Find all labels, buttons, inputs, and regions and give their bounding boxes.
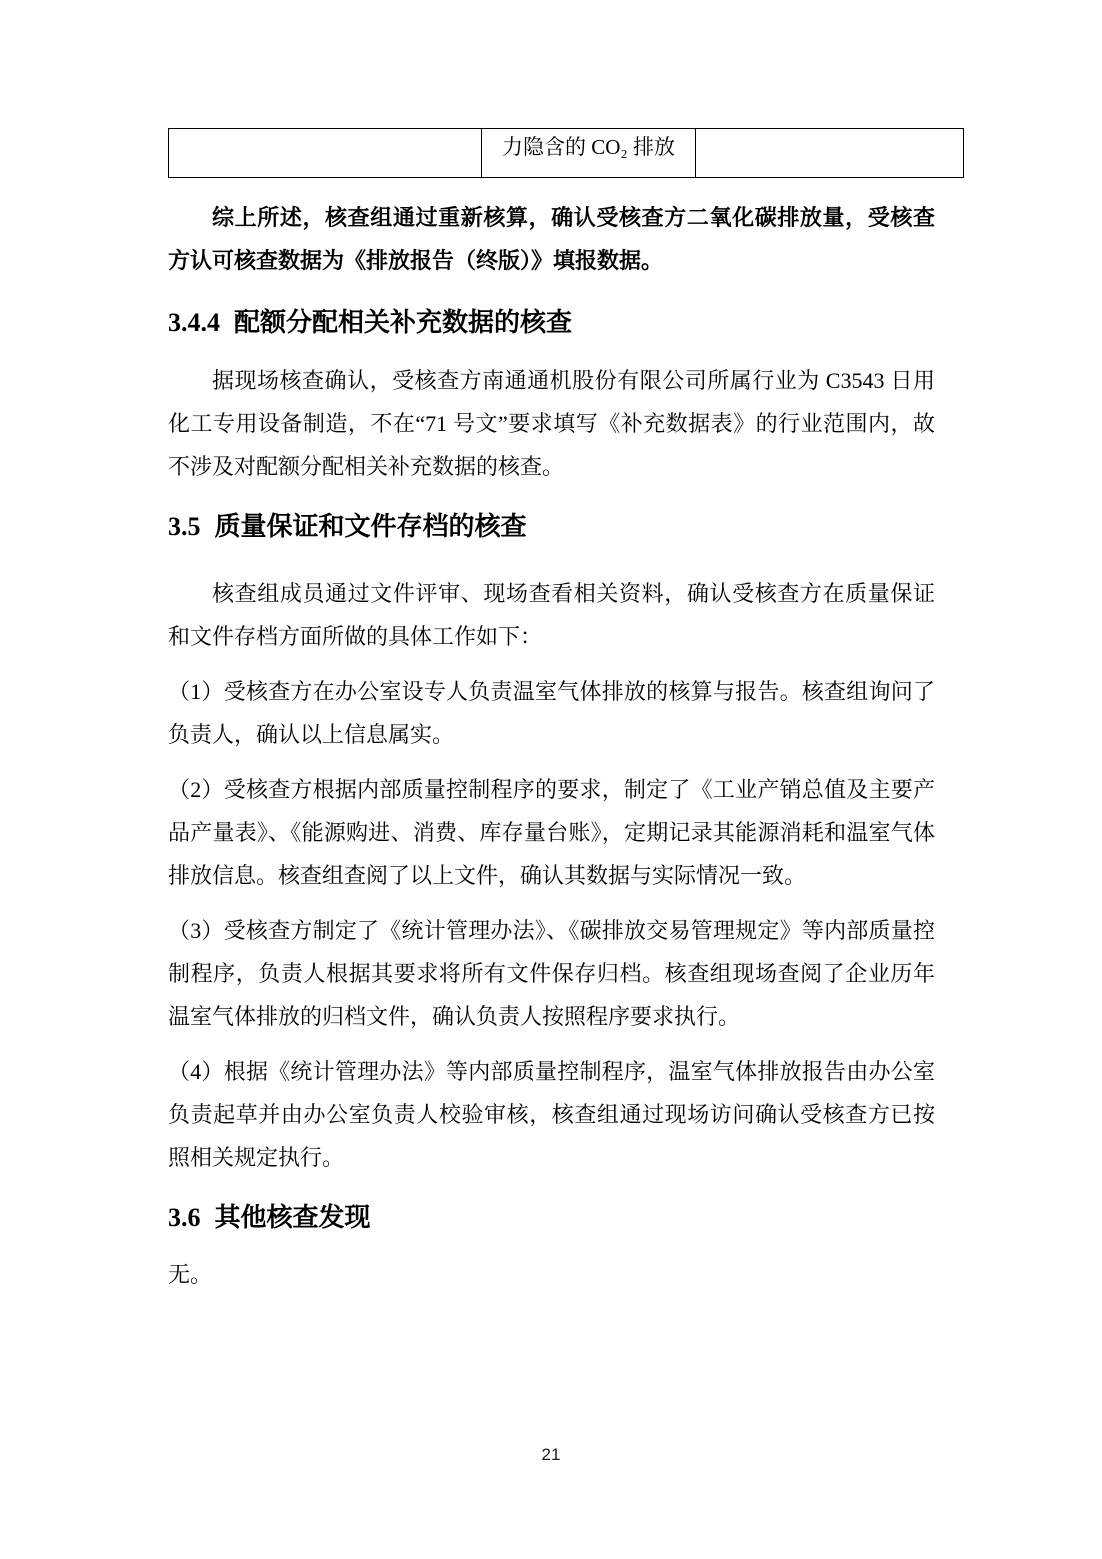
- section-3-5-intro: 核查组成员通过文件评审、现场查看相关资料，确认受核查方在质量保证和文件存档方面所…: [168, 572, 935, 658]
- section-heading-3-4-4: 3.4.4配额分配相关补充数据的核查: [168, 304, 935, 342]
- page-number: 21: [0, 1443, 1102, 1467]
- table-row: 力隐含的 CO₂ 排放: [169, 129, 964, 178]
- document-page: 力隐含的 CO₂ 排放 综上所述，核查组通过重新核算，确认受核查方二氧化碳排放量…: [0, 0, 1102, 1559]
- document-content: 力隐含的 CO₂ 排放 综上所述，核查组通过重新核算，确认受核查方二氧化碳排放量…: [0, 0, 1102, 1296]
- section-number-3-6: 3.6: [168, 1203, 201, 1232]
- section-heading-3-5: 3.5质量保证和文件存档的核查: [168, 508, 935, 546]
- section-3-5-item-1: （1）受核查方在办公室设专人负责温室气体排放的核算与报告。核查组询问了负责人，确…: [168, 670, 935, 756]
- table-cell-center: 力隐含的 CO₂ 排放: [482, 129, 696, 178]
- section-3-6-body: 无。: [168, 1253, 935, 1296]
- section-3-5-item-3: （3）受核查方制定了《统计管理办法》、《碳排放交易管理规定》等内部质量控制程序，…: [168, 909, 935, 1038]
- section-3-5-item-4: （4）根据《统计管理办法》等内部质量控制程序，温室气体排放报告由办公室负责起草并…: [168, 1050, 935, 1179]
- table-cell-left: [169, 129, 482, 178]
- section-title-3-6: 其他核查发现: [215, 1203, 371, 1232]
- section-3-4-4-body: 据现场核查确认，受核查方南通通机股份有限公司所属行业为 C3543 日用化工专用…: [168, 359, 935, 488]
- section-title-3-5: 质量保证和文件存档的核查: [215, 512, 527, 541]
- section-number-3-4-4: 3.4.4: [168, 308, 220, 337]
- summary-paragraph: 综上所述，核查组通过重新核算，确认受核查方二氧化碳排放量，受核查方认可核查数据为…: [168, 196, 935, 282]
- section-number-3-5: 3.5: [168, 512, 201, 541]
- section-3-5-item-2: （2）受核查方根据内部质量控制程序的要求，制定了《工业产销总值及主要产品产量表》…: [168, 768, 935, 897]
- section-heading-3-6: 3.6其他核查发现: [168, 1199, 935, 1237]
- table-cell-right: [696, 129, 964, 178]
- table-fragment: 力隐含的 CO₂ 排放: [168, 128, 964, 178]
- section-title-3-4-4: 配额分配相关补充数据的核查: [234, 308, 572, 337]
